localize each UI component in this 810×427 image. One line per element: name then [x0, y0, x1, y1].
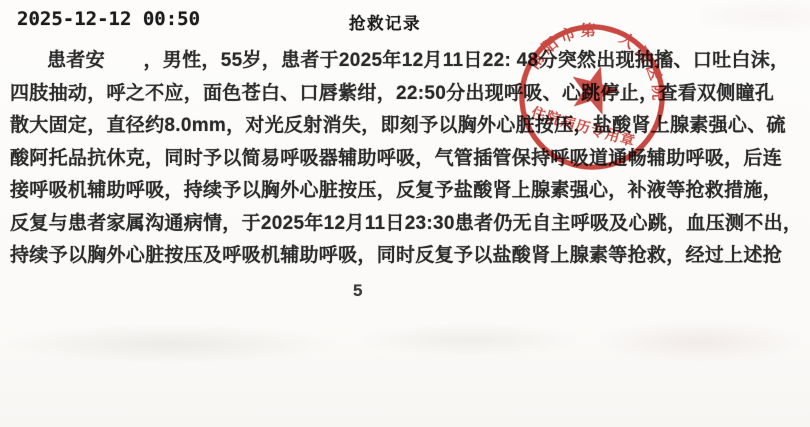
- body-line-2: 四肢抽动，呼之不应，面色苍白、口唇紫绀，22:50分出现呼吸、心跳停止，查看双侧…: [10, 78, 806, 111]
- page-number: 5: [353, 281, 362, 301]
- record-datetime: 2025-12-12 00:50: [17, 8, 200, 30]
- body-line-5: 接呼吸机辅助呼吸，持续予以胸外心脏按压，反复予盐酸肾上腺素强心，补液等抢救措施，: [10, 175, 806, 208]
- body-line-1: 患者安 ，男性，55岁，患者于2025年12月11日22: 48分突然出现抽搐、…: [10, 45, 806, 78]
- page-title: 抢救记录: [349, 10, 421, 34]
- rescue-record-document: 2025-12-12 00:50 抢救记录 患者安 ，男性，55岁，患者于202…: [0, 0, 810, 427]
- body-line-6: 反复与患者家属沟通病情，于2025年12月11日23:30患者仍无自主呼吸及心跳…: [10, 208, 806, 241]
- body-line-3: 散大固定，直径约8.0mm，对光反射消失，即刻予以胸外心脏按压，盐酸肾上腺素强心…: [10, 110, 806, 143]
- body-line-4: 酸阿托品抗休克，同时予以简易呼吸器辅助呼吸，气管插管保持呼吸道通畅辅助呼吸，后连: [10, 143, 806, 176]
- body-line-7: 持续予以胸外心脏按压及呼吸机辅助呼吸，同时反复予以盐酸肾上腺素等抢救，经过上述抢: [10, 240, 806, 273]
- record-body: 患者安 ，男性，55岁，患者于2025年12月11日22: 48分突然出现抽搐、…: [10, 45, 806, 273]
